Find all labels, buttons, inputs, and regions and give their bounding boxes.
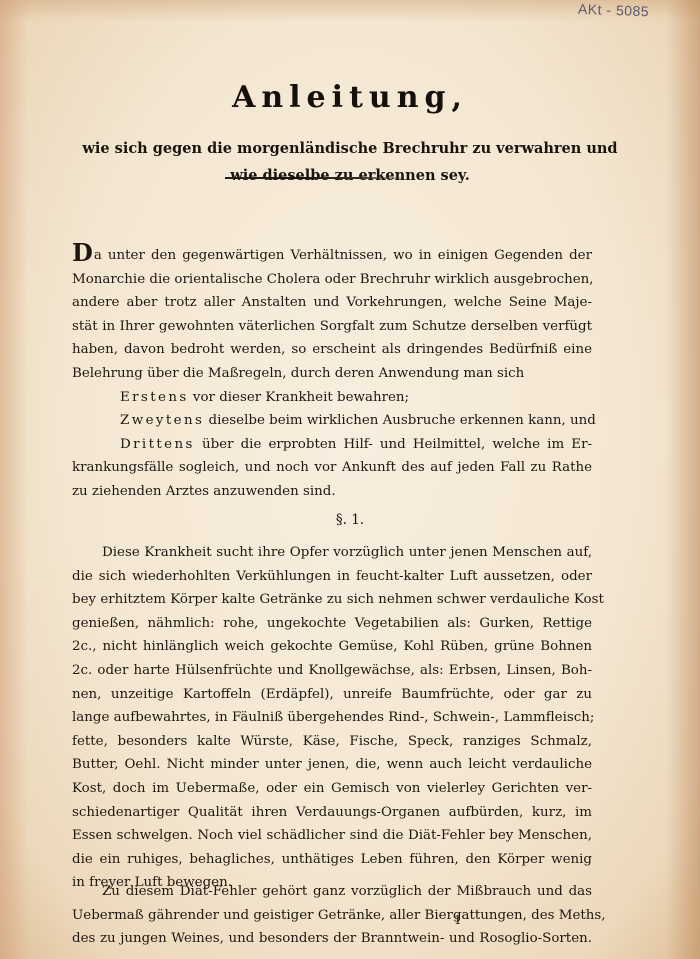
paragraph-line: fette, besonders kalte Würste, Käse, Fis… bbox=[72, 730, 592, 754]
paragraph-line: die sich wiederhohlten Verkühlungen in f… bbox=[72, 565, 592, 589]
subtitle-line-2: wie dieselbe zu erkennen sey. bbox=[0, 167, 700, 184]
document-title: Anleitung, bbox=[0, 80, 700, 115]
paragraph-line: genießen, nähmlich: rohe, ungekochte Veg… bbox=[72, 612, 592, 636]
intro-paragraph: Da unter den gegenwärtigen Verhältnissen… bbox=[72, 244, 592, 504]
paragraph-line: lange aufbewahrtes, in Fäulniß übergehen… bbox=[72, 706, 592, 730]
paragraph-line: 2c., nicht hinlänglich weich gekochte Ge… bbox=[72, 635, 592, 659]
paragraph-line: Butter, Oehl. Nicht minder unter jenen, … bbox=[72, 753, 592, 777]
enumeration-third: Drittens über die erprobten Hilf- und He… bbox=[72, 433, 592, 457]
intro-closing-line: zu ziehenden Arztes anzuwenden sind. bbox=[72, 480, 592, 504]
intro-line: Belehrung über die Maßregeln, durch dere… bbox=[72, 362, 592, 386]
paragraph-line: schiedenartiger Qualität ihren Verdauung… bbox=[72, 801, 592, 825]
section-heading: §. 1. bbox=[0, 512, 700, 528]
page-number: 1 bbox=[454, 913, 462, 927]
title-divider bbox=[225, 177, 403, 179]
intro-line: Monarchie die orientalische Cholera oder… bbox=[72, 268, 592, 292]
intro-line: haben, davon bedroht werden, so erschein… bbox=[72, 338, 592, 362]
paragraph-line: Kost, doch im Uebermaße, oder ein Gemisc… bbox=[72, 777, 592, 801]
paragraph-line: Uebermaß gährender und geistiger Getränk… bbox=[72, 904, 592, 928]
paragraph-line: Diese Krankheit sucht ihre Opfer vorzügl… bbox=[72, 541, 592, 565]
intro-line: andere aber trotz aller Anstalten und Vo… bbox=[72, 291, 592, 315]
paragraph-line: 2c. oder harte Hülsenfrüchte und Knollge… bbox=[72, 659, 592, 683]
intro-closing-line: krankungsfälle sogleich, und noch vor An… bbox=[72, 456, 592, 480]
section-paragraph-2: Zu diesem Diät-Fehler gehört ganz vorzüg… bbox=[72, 880, 592, 951]
enumeration-first: Erstens vor dieser Krankheit bewahren; bbox=[72, 386, 592, 410]
paragraph-line: nen, unzeitige Kartoffeln (Erdäpfel), un… bbox=[72, 683, 592, 707]
paragraph-line: Zu diesem Diät-Fehler gehört ganz vorzüg… bbox=[72, 880, 592, 904]
subtitle-line-1: wie sich gegen die morgenländische Brech… bbox=[0, 140, 700, 157]
archive-mark: AKt - 5085 bbox=[578, 1, 650, 19]
paragraph-line: bey erhitztem Körper kalte Getränke zu s… bbox=[72, 588, 592, 612]
intro-line: Da unter den gegenwärtigen Verhältnissen… bbox=[72, 244, 592, 268]
document-page: AKt - 5085 Anleitung, wie sich gegen die… bbox=[0, 0, 700, 959]
drop-cap: D bbox=[72, 238, 93, 267]
paragraph-line: die ein ruhiges, behagliches, unthätiges… bbox=[72, 848, 592, 872]
paragraph-line: Essen schwelgen. Noch viel schädlicher s… bbox=[72, 824, 592, 848]
enumeration-second: Zweytens dieselbe beim wirklichen Ausbru… bbox=[72, 409, 592, 433]
intro-line: stät in Ihrer gewohnten väterlichen Sorg… bbox=[72, 315, 592, 339]
paragraph-line: des zu jungen Weines, und besonders der … bbox=[72, 927, 592, 951]
section-paragraph-1: Diese Krankheit sucht ihre Opfer vorzügl… bbox=[72, 541, 592, 895]
